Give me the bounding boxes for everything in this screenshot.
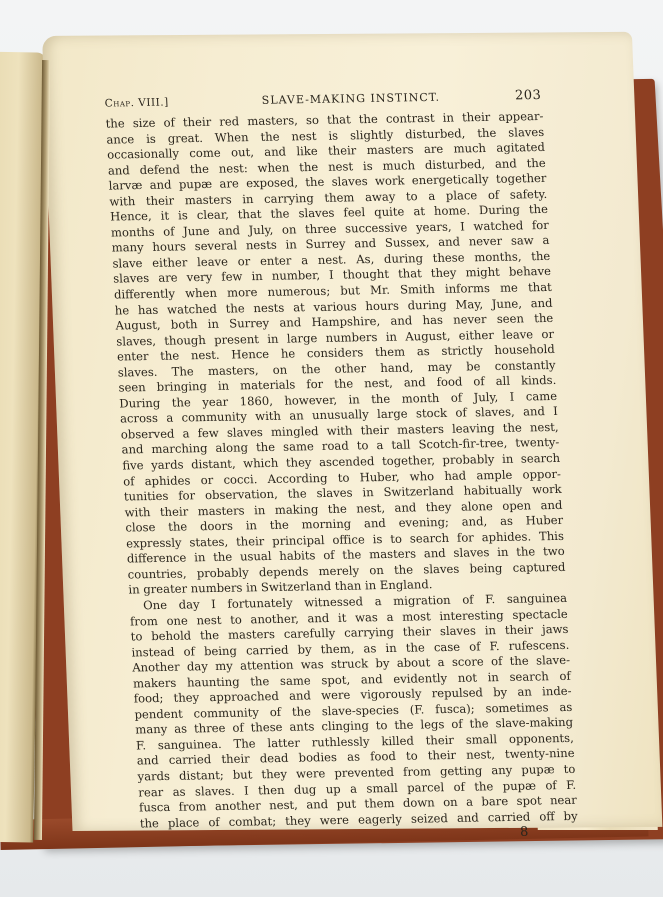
chapter-label: Chap. VIII.] bbox=[104, 96, 169, 109]
page-text-block: Chap. VIII.] SLAVE-MAKING INSTINCT. 203 … bbox=[104, 88, 585, 847]
running-head: Chap. VIII.] SLAVE-MAKING INSTINCT. 203 bbox=[104, 88, 549, 111]
book-page: Chap. VIII.] SLAVE-MAKING INSTINCT. 203 … bbox=[42, 32, 662, 831]
running-title: SLAVE-MAKING INSTINCT. bbox=[261, 91, 440, 107]
page-number: 203 bbox=[515, 88, 542, 103]
